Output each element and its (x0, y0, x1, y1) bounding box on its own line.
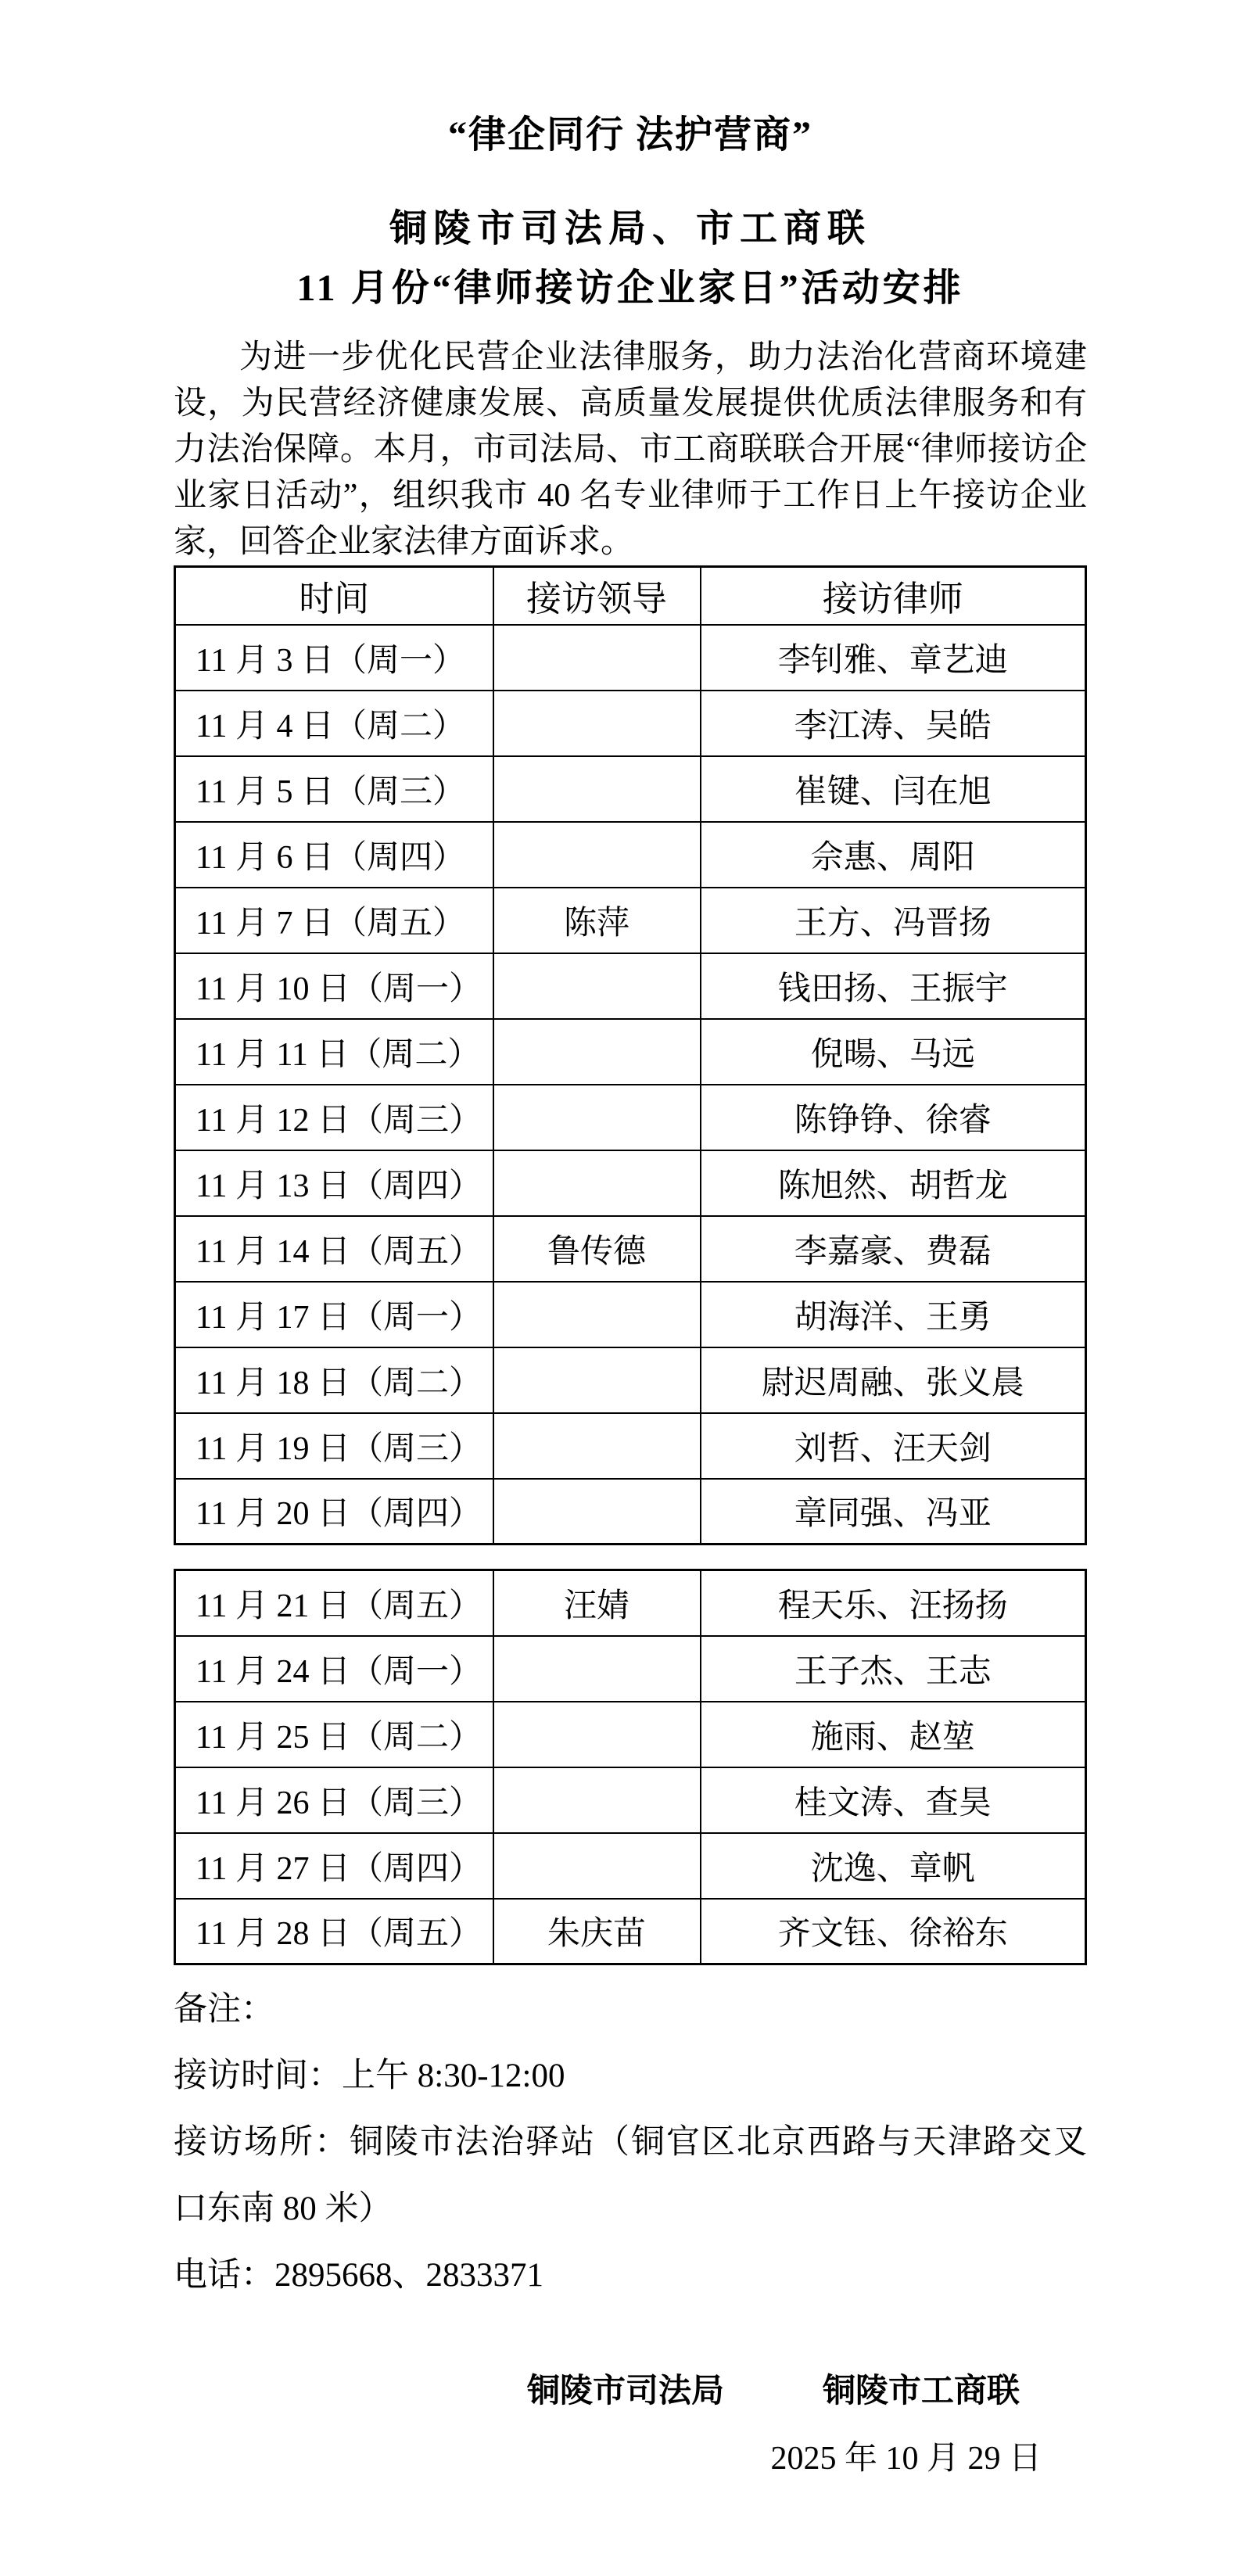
leader-cell: 汪婧 (493, 1570, 701, 1636)
date-cell: 11 月 19 日（周三） (175, 1413, 493, 1479)
table-row: 11 月 3 日（周一）李钊雅、章艺迪 (175, 625, 1086, 691)
footer-organizations: 铜陵市司法局 铜陵市工商联 (174, 2367, 1087, 2416)
leader-cell (493, 953, 701, 1019)
date-cell: 11 月 21 日（周五） (175, 1570, 493, 1636)
table-row: 11 月 7 日（周五）陈萍王方、冯晋扬 (175, 888, 1086, 953)
lawyers-cell: 施雨、赵堃 (701, 1702, 1086, 1767)
leader-cell (493, 822, 701, 888)
notes-section: 备注： 接访时间：上午 8:30-12:00 接访场所：铜陵市法治驿站（铜官区北… (174, 1987, 1087, 2298)
date-cell: 11 月 3 日（周一） (175, 625, 493, 691)
document-page: “律企同行 法护营商” 铜陵市司法局、市工商联 11 月份“律师接访企业家日”活… (0, 0, 1241, 2576)
lawyers-cell: 刘哲、汪天剑 (701, 1413, 1086, 1479)
note-venue-line2: 口东南 80 米） (174, 2187, 1087, 2232)
table-row: 11 月 18 日（周二）尉迟周融、张义晨 (175, 1347, 1086, 1413)
lawyers-cell: 胡海洋、王勇 (701, 1282, 1086, 1347)
date-cell: 11 月 17 日（周一） (175, 1282, 493, 1347)
note-phone: 电话：2895668、2833371 (174, 2253, 1087, 2298)
leader-cell: 陈萍 (493, 888, 701, 953)
note-venue-line1: 接访场所：铜陵市法治驿站（铜官区北京西路与天津路交叉 (174, 2120, 1087, 2165)
date-cell: 11 月 25 日（周二） (175, 1702, 493, 1767)
leader-cell (493, 1636, 701, 1702)
leader-cell (493, 1413, 701, 1479)
leader-cell (493, 1019, 701, 1085)
leader-cell (493, 1282, 701, 1347)
leader-cell (493, 1479, 701, 1545)
lawyers-cell: 钱田扬、王振宇 (701, 953, 1086, 1019)
date-cell: 11 月 12 日（周三） (175, 1085, 493, 1150)
date-cell: 11 月 28 日（周五） (175, 1899, 493, 1964)
leader-cell: 朱庆苗 (493, 1899, 701, 1964)
date-cell: 11 月 11 日（周二） (175, 1019, 493, 1085)
table-row: 11 月 20 日（周四）章同强、冯亚 (175, 1479, 1086, 1545)
lawyers-cell: 尉迟周融、张义晨 (701, 1347, 1086, 1413)
table-header-row: 时间 接访领导 接访律师 (175, 567, 1086, 625)
date-cell: 11 月 20 日（周四） (175, 1479, 493, 1545)
lawyers-cell: 沈逸、章帆 (701, 1833, 1086, 1899)
table-section-gap (174, 1545, 1087, 1569)
organization-title: 铜陵市司法局、市工商联 (174, 205, 1087, 253)
leader-cell (493, 1767, 701, 1833)
lawyers-cell: 王方、冯晋扬 (701, 888, 1086, 953)
lawyers-cell: 佘惠、周阳 (701, 822, 1086, 888)
leader-cell (493, 1085, 701, 1150)
table-row: 11 月 13 日（周四）陈旭然、胡哲龙 (175, 1150, 1086, 1216)
table-row: 11 月 10 日（周一）钱田扬、王振宇 (175, 953, 1086, 1019)
lawyers-cell: 李钊雅、章艺迪 (701, 625, 1086, 691)
leader-cell (493, 625, 701, 691)
date-cell: 11 月 14 日（周五） (175, 1216, 493, 1282)
lawyers-cell: 崔键、闫在旭 (701, 756, 1086, 822)
schedule-table-part1: 时间 接访领导 接访律师 11 月 3 日（周一）李钊雅、章艺迪11 月 4 日… (174, 565, 1087, 1545)
date-cell: 11 月 18 日（周二） (175, 1347, 493, 1413)
date-cell: 11 月 7 日（周五） (175, 888, 493, 953)
table-row: 11 月 24 日（周一）王子杰、王志 (175, 1636, 1086, 1702)
date-cell: 11 月 5 日（周三） (175, 756, 493, 822)
date-cell: 11 月 26 日（周三） (175, 1767, 493, 1833)
lawyers-cell: 齐文钰、徐裕东 (701, 1899, 1086, 1964)
date-cell: 11 月 27 日（周四） (175, 1833, 493, 1899)
leader-cell (493, 1702, 701, 1767)
header-leader: 接访领导 (493, 567, 701, 625)
table-row: 11 月 25 日（周二）施雨、赵堃 (175, 1702, 1086, 1767)
note-remark: 备注： (174, 1987, 1087, 2032)
lawyers-cell: 李江涛、吴皓 (701, 691, 1086, 756)
intro-paragraph: 为进一步优化民营企业法律服务，助力法治化营商环境建设，为民营经济健康发展、高质量… (174, 335, 1087, 565)
table-row: 11 月 14 日（周五）鲁传德李嘉豪、费磊 (175, 1216, 1086, 1282)
leader-cell (493, 1347, 701, 1413)
header-time: 时间 (175, 567, 493, 625)
table-row: 11 月 28 日（周五）朱庆苗齐文钰、徐裕东 (175, 1899, 1086, 1964)
table-row: 11 月 21 日（周五）汪婧程天乐、汪扬扬 (175, 1570, 1086, 1636)
table-row: 11 月 26 日（周三）桂文涛、查昊 (175, 1767, 1086, 1833)
table-row: 11 月 11 日（周二）倪暘、马远 (175, 1019, 1086, 1085)
lawyers-cell: 李嘉豪、费磊 (701, 1216, 1086, 1282)
note-visit-time: 接访时间：上午 8:30-12:00 (174, 2054, 1087, 2099)
slogan-title: “律企同行 法护营商” (174, 111, 1087, 160)
date-cell: 11 月 24 日（周一） (175, 1636, 493, 1702)
leader-cell (493, 1150, 701, 1216)
footer-date: 2025 年 10 月 29 日 (174, 2434, 1087, 2483)
lawyers-cell: 程天乐、汪扬扬 (701, 1570, 1086, 1636)
leader-cell (493, 691, 701, 756)
leader-cell (493, 1833, 701, 1899)
schedule-table-part2: 11 月 21 日（周五）汪婧程天乐、汪扬扬11 月 24 日（周一）王子杰、王… (174, 1569, 1087, 1965)
date-cell: 11 月 10 日（周一） (175, 953, 493, 1019)
leader-cell: 鲁传德 (493, 1216, 701, 1282)
table-row: 11 月 5 日（周三）崔键、闫在旭 (175, 756, 1086, 822)
date-cell: 11 月 6 日（周四） (175, 822, 493, 888)
table-row: 11 月 4 日（周二）李江涛、吴皓 (175, 691, 1086, 756)
leader-cell (493, 756, 701, 822)
table-row: 11 月 27 日（周四）沈逸、章帆 (175, 1833, 1086, 1899)
lawyers-cell: 陈铮铮、徐睿 (701, 1085, 1086, 1150)
event-title: 11 月份“律师接访企业家日”活动安排 (174, 264, 1087, 313)
table-row: 11 月 17 日（周一）胡海洋、王勇 (175, 1282, 1086, 1347)
date-cell: 11 月 4 日（周二） (175, 691, 493, 756)
lawyers-cell: 章同强、冯亚 (701, 1479, 1086, 1545)
lawyers-cell: 王子杰、王志 (701, 1636, 1086, 1702)
lawyers-cell: 桂文涛、查昊 (701, 1767, 1086, 1833)
table-row: 11 月 12 日（周三）陈铮铮、徐睿 (175, 1085, 1086, 1150)
table-row: 11 月 6 日（周四）佘惠、周阳 (175, 822, 1086, 888)
header-lawyers: 接访律师 (701, 567, 1086, 625)
lawyers-cell: 陈旭然、胡哲龙 (701, 1150, 1086, 1216)
date-cell: 11 月 13 日（周四） (175, 1150, 493, 1216)
lawyers-cell: 倪暘、马远 (701, 1019, 1086, 1085)
table-row: 11 月 19 日（周三）刘哲、汪天剑 (175, 1413, 1086, 1479)
